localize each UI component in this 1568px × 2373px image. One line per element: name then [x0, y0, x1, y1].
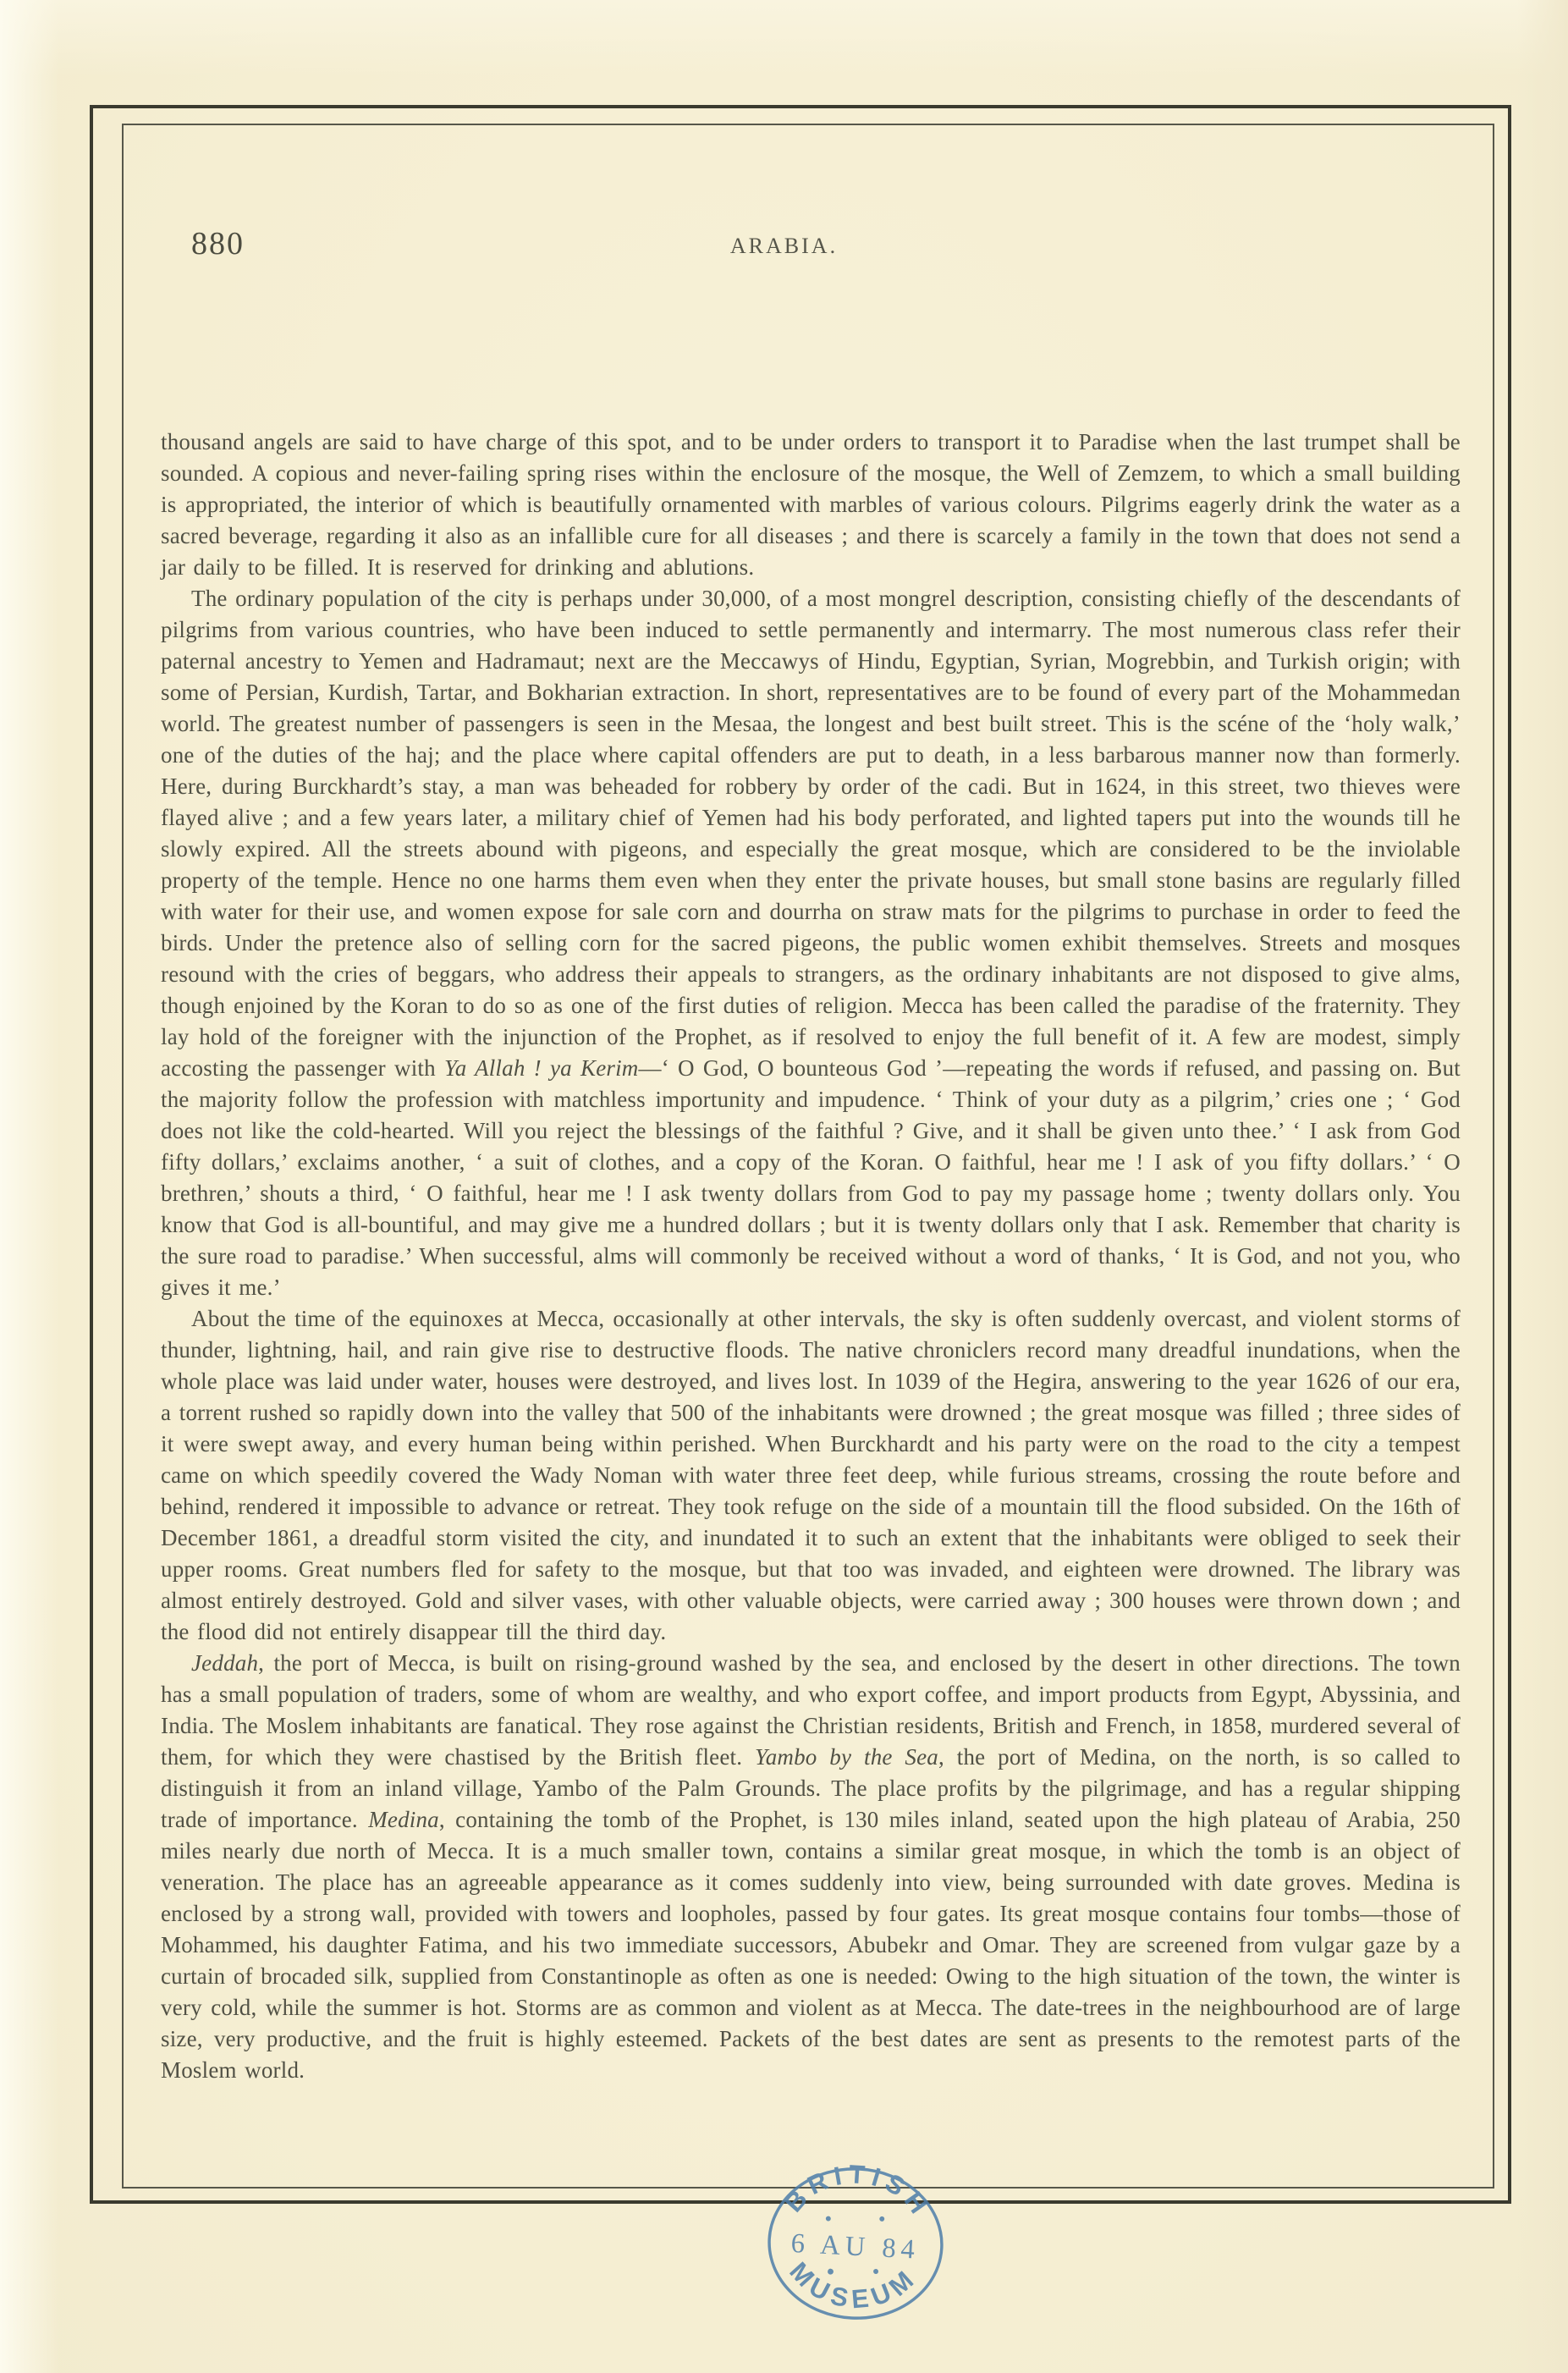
- scanned-page: 880 ARABIA. thousand angels are said to …: [0, 0, 1568, 2373]
- text-run: , containing the tomb of the Prophet, is…: [161, 1807, 1461, 2083]
- paragraph: The ordinary population of the city is p…: [161, 583, 1461, 1303]
- text-run: —‘ O God, O bounteous God ’—repeating th…: [161, 1055, 1461, 1300]
- running-head: ARABIA.: [0, 234, 1568, 259]
- stamp-dot: [873, 2269, 878, 2274]
- text-block: thousand angels are said to have charge …: [161, 427, 1461, 2086]
- italic-phrase: Ya Allah ! ya Kerim: [444, 1055, 639, 1081]
- stamp-dot: [826, 2216, 831, 2221]
- british-museum-stamp: BRITISH MUSEUM 6 AU 84: [759, 2155, 952, 2332]
- stamp-dot: [879, 2216, 884, 2222]
- paragraph: About the time of the equinoxes at Mecca…: [161, 1303, 1461, 1648]
- paragraph: thousand angels are said to have charge …: [161, 427, 1461, 583]
- text-run: The ordinary population of the city is p…: [161, 586, 1461, 1081]
- stamp-text-bottom: MUSEUM: [782, 2255, 924, 2318]
- italic-phrase: Jeddah: [191, 1650, 258, 1676]
- text-run: thousand angels are said to have charge …: [161, 429, 1461, 580]
- italic-phrase: Yambo by the Sea: [755, 1744, 938, 1770]
- svg-text:MUSEUM: MUSEUM: [782, 2255, 924, 2318]
- text-run: About the time of the equinoxes at Mecca…: [161, 1306, 1461, 1644]
- stamp-date: 6 AU 84: [790, 2228, 921, 2266]
- italic-phrase: Medina: [368, 1807, 439, 1832]
- paragraph: Jeddah, the port of Mecca, is built on r…: [161, 1648, 1461, 2086]
- stamp-dot: [828, 2269, 834, 2275]
